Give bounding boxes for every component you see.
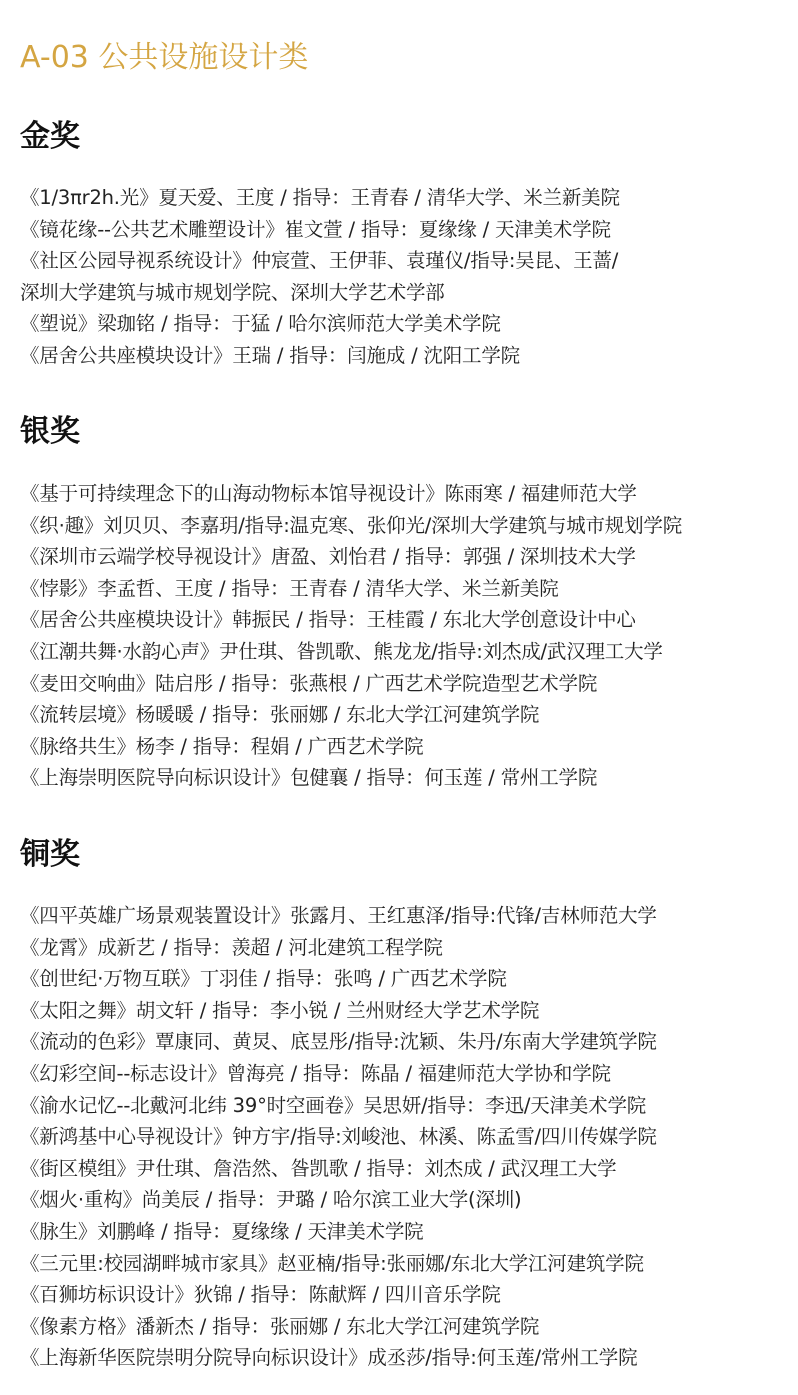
section-heading-silver: 银奖	[20, 412, 80, 452]
award-entry: 《街区模组》尹仕琪、詹浩然、昝凯歌 / 指导：刘杰成 / 武汉理工大学	[20, 1153, 657, 1185]
award-entry: 《居舍公共座模块设计》王瑞 / 指导：闫施成 / 沈阳工学院	[20, 340, 620, 372]
award-entry: 《基于可持续理念下的山海动物标本馆导视设计》陈雨寒 / 福建师范大学	[20, 478, 682, 510]
award-entry: 《深圳市云端学校导视设计》唐盈、刘怡君 / 指导：郭强 / 深圳技术大学	[20, 541, 682, 573]
award-entry: 《上海崇明医院导向标识设计》包健襄 / 指导：何玉莲 / 常州工学院	[20, 762, 682, 794]
award-entry: 《织·趣》刘贝贝、李嘉玥/指导:温克寒、张仰光/深圳大学建筑与城市规划学院	[20, 510, 682, 542]
award-entry: 《1/3πr2h.光》夏天爱、王度 / 指导：王青春 / 清华大学、米兰新美院	[20, 182, 620, 214]
silver-award-list: 《基于可持续理念下的山海动物标本馆导视设计》陈雨寒 / 福建师范大学 《织·趣》…	[20, 478, 682, 794]
award-entry: 《三元里:校园湖畔城市家具》赵亚楠/指导:张丽娜/东北大学江河建筑学院	[20, 1248, 657, 1280]
award-entry: 《渝水记忆--北戴河北纬 39°时空画卷》吴思妍/指导：李迅/天津美术学院	[20, 1090, 657, 1122]
section-heading-bronze: 铜奖	[20, 835, 80, 875]
page-title: A-03 公共设施设计类	[20, 38, 308, 78]
award-entry: 《太阳之舞》胡文轩 / 指导：李小锐 / 兰州财经大学艺术学院	[20, 995, 657, 1027]
award-entry: 《百狮坊标识设计》狄锦 / 指导：陈献辉 / 四川音乐学院	[20, 1279, 657, 1311]
award-entry: 《脉生》刘鹏峰 / 指导：夏缘缘 / 天津美术学院	[20, 1216, 657, 1248]
award-entry: 《脉络共生》杨李 / 指导：程娟 / 广西艺术学院	[20, 731, 682, 763]
award-entry: 《四平英雄广场景观装置设计》张露月、王红惠泽/指导:代锋/吉林师范大学	[20, 900, 657, 932]
award-entry: 《社区公园导视系统设计》仲宸萱、王伊菲、袁瑾仪/指导:吴昆、王蔷/	[20, 245, 620, 277]
award-entry: 《麦田交响曲》陆启彤 / 指导：张燕根 / 广西艺术学院造型艺术学院	[20, 668, 682, 700]
award-entry: 《塑说》梁珈铭 / 指导：于猛 / 哈尔滨师范大学美术学院	[20, 308, 620, 340]
award-entry: 《龙霄》成新艺 / 指导：羡超 / 河北建筑工程学院	[20, 932, 657, 964]
award-entry: 《江潮共舞·水韵心声》尹仕琪、昝凯歌、熊龙龙/指导:刘杰成/武汉理工大学	[20, 636, 682, 668]
gold-award-list: 《1/3πr2h.光》夏天爱、王度 / 指导：王青春 / 清华大学、米兰新美院 …	[20, 182, 620, 372]
award-entry-continuation: 深圳大学建筑与城市规划学院、深圳大学艺术学部	[20, 277, 620, 309]
award-entry: 《烟火·重构》尚美辰 / 指导：尹璐 / 哈尔滨工业大学(深圳)	[20, 1184, 657, 1216]
award-entry: 《居舍公共座模块设计》韩振民 / 指导：王桂霞 / 东北大学创意设计中心	[20, 604, 682, 636]
award-entry: 《镜花缘--公共艺术雕塑设计》崔文萱 / 指导：夏缘缘 / 天津美术学院	[20, 214, 620, 246]
bronze-award-list: 《四平英雄广场景观装置设计》张露月、王红惠泽/指导:代锋/吉林师范大学 《龙霄》…	[20, 900, 657, 1374]
award-entry: 《创世纪·万物互联》丁羽佳 / 指导：张鸣 / 广西艺术学院	[20, 963, 657, 995]
award-entry: 《新鸿基中心导视设计》钟方宇/指导:刘峻池、林溪、陈孟雪/四川传媒学院	[20, 1121, 657, 1153]
award-entry: 《上海新华医院崇明分院导向标识设计》成丞莎/指导:何玉莲/常州工学院	[20, 1342, 657, 1374]
section-heading-gold: 金奖	[20, 117, 80, 157]
award-entry: 《像素方格》潘新杰 / 指导：张丽娜 / 东北大学江河建筑学院	[20, 1311, 657, 1343]
award-entry: 《流转层境》杨暖暖 / 指导：张丽娜 / 东北大学江河建筑学院	[20, 699, 682, 731]
award-entry: 《流动的色彩》覃康同、黄炅、底昱彤/指导:沈颖、朱丹/东南大学建筑学院	[20, 1026, 657, 1058]
award-entry: 《悖影》李孟哲、王度 / 指导：王青春 / 清华大学、米兰新美院	[20, 573, 682, 605]
award-entry: 《幻彩空间--标志设计》曾海亮 / 指导：陈晶 / 福建师范大学协和学院	[20, 1058, 657, 1090]
